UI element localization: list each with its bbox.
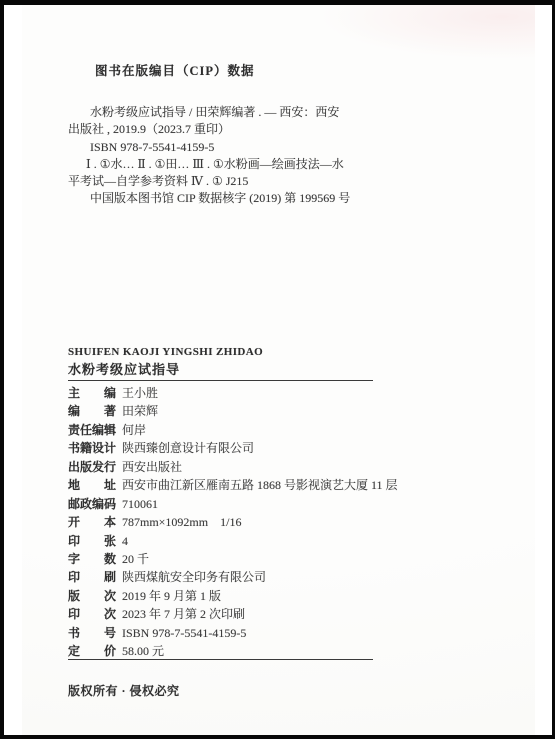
colophon-value: 20 千 <box>122 550 528 568</box>
colophon-row-printer: 印刷 陕西煤航安全印务有限公司 <box>68 568 528 586</box>
colophon-label: 印次 <box>68 605 116 623</box>
cip-heading: 图书在版编目（CIP）数据 <box>95 61 255 79</box>
colophon-value: 2019 年 9 月第 1 版 <box>122 587 528 605</box>
colophon-value: 陕西臻创意设计有限公司 <box>122 439 528 457</box>
colophon-label: 责任编辑 <box>68 421 116 439</box>
colophon-row-postcode: 邮政编码 710061 <box>68 495 528 513</box>
colophon-value: 787mm×1092mm 1/16 <box>122 513 528 531</box>
book-title: 水粉考级应试指导 <box>68 359 180 378</box>
colophon-table: 主编 王小胜 编著 田荣辉 责任编辑 何岸 书籍设计 陕西臻创意设计有限公司 出… <box>68 384 528 661</box>
scan-edge-top <box>0 0 555 5</box>
colophon-label: 版次 <box>68 587 116 605</box>
colophon-value: 710061 <box>122 495 528 513</box>
scan-edge-bottom <box>0 735 555 739</box>
cip-record: 水粉考级应试指导 / 田荣辉编著 . — 西安：西安 出版社 , 2019.9（… <box>68 104 428 208</box>
copyright-notice: 版权所有 · 侵权必究 <box>68 682 180 699</box>
colophon-row-wordcount: 字数 20 千 <box>68 550 528 568</box>
colophon-value: 何岸 <box>122 421 528 439</box>
scan-edge-left <box>0 0 4 739</box>
colophon-row-author: 编著 田荣辉 <box>68 402 528 420</box>
colophon-label: 字数 <box>68 550 116 568</box>
colophon-value: ISBN 978-7-5541-4159-5 <box>122 624 528 642</box>
colophon-label: 定价 <box>68 642 116 660</box>
colophon-value: 王小胜 <box>122 384 528 402</box>
colophon-label: 出版发行 <box>68 458 116 476</box>
colophon-row-publisher: 出版发行 西安出版社 <box>68 458 528 476</box>
colophon-label: 开本 <box>68 513 116 531</box>
colophon-value: 2023 年 7 月第 2 次印刷 <box>122 605 528 623</box>
divider-rule-bottom <box>68 659 373 660</box>
colophon-row-isbn: 书号 ISBN 978-7-5541-4159-5 <box>68 624 528 642</box>
colophon-row-impression: 印次 2023 年 7 月第 2 次印刷 <box>68 605 528 623</box>
colophon-value: 田荣辉 <box>122 402 528 420</box>
colophon-value: 4 <box>122 532 528 550</box>
colophon-label: 编著 <box>68 402 116 420</box>
cip-line: 平考试—自学参考资料 Ⅳ . ① J215 <box>68 173 428 190</box>
colophon-label: 书号 <box>68 624 116 642</box>
colophon-label: 主编 <box>68 384 116 402</box>
cip-line: 水粉考级应试指导 / 田荣辉编著 . — 西安：西安 <box>68 104 428 121</box>
colophon-value: 西安市曲江新区雁南五路 1868 号影视演艺大厦 11 层 <box>122 476 528 494</box>
cip-line: 出版社 , 2019.9（2023.7 重印） <box>68 121 428 138</box>
colophon-row-chief-editor: 主编 王小胜 <box>68 384 528 402</box>
colophon-row-edition: 版次 2019 年 9 月第 1 版 <box>68 587 528 605</box>
colophon-label: 地址 <box>68 476 116 494</box>
book-title-pinyin: SHUIFEN KAOJI YINGSHI ZHIDAO <box>68 346 263 358</box>
colophon-label: 邮政编码 <box>68 495 116 513</box>
colophon-row-address: 地址 西安市曲江新区雁南五路 1868 号影视演艺大厦 11 层 <box>68 476 528 494</box>
colophon-label: 书籍设计 <box>68 439 116 457</box>
cip-line: 中国版本图书馆 CIP 数据核字 (2019) 第 199569 号 <box>68 190 428 207</box>
cip-line: ISBN 978-7-5541-4159-5 <box>68 139 428 156</box>
colophon-row-format: 开本 787mm×1092mm 1/16 <box>68 513 528 531</box>
divider-rule-top <box>68 380 373 381</box>
colophon-value: 58.00 元 <box>122 642 528 660</box>
colophon-row-price: 定价 58.00 元 <box>68 642 528 660</box>
colophon-value: 陕西煤航安全印务有限公司 <box>122 568 528 586</box>
colophon-row-responsible-editor: 责任编辑 何岸 <box>68 421 528 439</box>
cip-line: Ⅰ . ①水… Ⅱ . ①田… Ⅲ . ①水粉画—绘画技法—水 <box>68 156 428 173</box>
colophon-label: 印刷 <box>68 568 116 586</box>
colophon-label: 印张 <box>68 532 116 550</box>
colophon-row-sheets: 印张 4 <box>68 532 528 550</box>
colophon-row-book-design: 书籍设计 陕西臻创意设计有限公司 <box>68 439 528 457</box>
colophon-value: 西安出版社 <box>122 458 528 476</box>
